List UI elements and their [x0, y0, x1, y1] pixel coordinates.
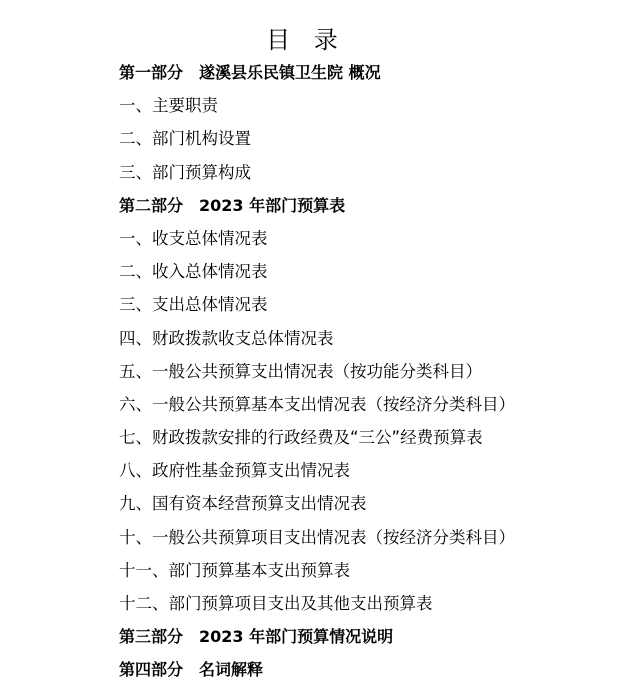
toc-item[interactable]: 三、部门预算构成	[119, 161, 515, 194]
toc-item[interactable]: 一、主要职责	[119, 94, 515, 127]
part-label: 第二部分	[119, 196, 183, 215]
toc-part-3[interactable]: 第三部分2023 年部门预算情况说明	[119, 625, 515, 658]
toc-item[interactable]: 四、财政拨款收支总体情况表	[119, 327, 515, 360]
part-label: 第四部分	[119, 660, 183, 679]
part-title: 遂溪县乐民镇卫生院 概况	[199, 63, 381, 82]
part-title: 2023 年部门预算情况说明	[199, 627, 393, 646]
toc-item[interactable]: 八、政府性基金预算支出情况表	[119, 459, 515, 492]
toc-item[interactable]: 十二、部门预算项目支出及其他支出预算表	[119, 592, 515, 625]
part-title: 名词解释	[199, 660, 263, 679]
table-of-contents: 第一部分遂溪县乐民镇卫生院 概况 一、主要职责 二、部门机构设置 三、部门预算构…	[119, 61, 515, 687]
toc-item[interactable]: 十、一般公共预算项目支出情况表（按经济分类科目）	[119, 526, 515, 559]
part-label: 第三部分	[119, 627, 183, 646]
toc-part-1[interactable]: 第一部分遂溪县乐民镇卫生院 概况	[119, 61, 515, 94]
toc-item[interactable]: 五、一般公共预算支出情况表（按功能分类科目）	[119, 360, 515, 393]
toc-item[interactable]: 七、财政拨款安排的行政经费及“三公”经费预算表	[119, 426, 515, 459]
toc-item[interactable]: 二、收入总体情况表	[119, 260, 515, 293]
toc-title: 目 录	[0, 24, 612, 56]
toc-item[interactable]: 二、部门机构设置	[119, 127, 515, 160]
toc-item[interactable]: 九、国有资本经营预算支出情况表	[119, 492, 515, 525]
toc-item[interactable]: 三、支出总体情况表	[119, 293, 515, 326]
toc-part-4[interactable]: 第四部分名词解释	[119, 658, 515, 687]
toc-item[interactable]: 六、一般公共预算基本支出情况表（按经济分类科目）	[119, 393, 515, 426]
toc-item[interactable]: 十一、部门预算基本支出预算表	[119, 559, 515, 592]
toc-part-2[interactable]: 第二部分2023 年部门预算表	[119, 194, 515, 227]
part-label: 第一部分	[119, 63, 183, 82]
toc-item[interactable]: 一、收支总体情况表	[119, 227, 515, 260]
part-title: 2023 年部门预算表	[199, 196, 345, 215]
